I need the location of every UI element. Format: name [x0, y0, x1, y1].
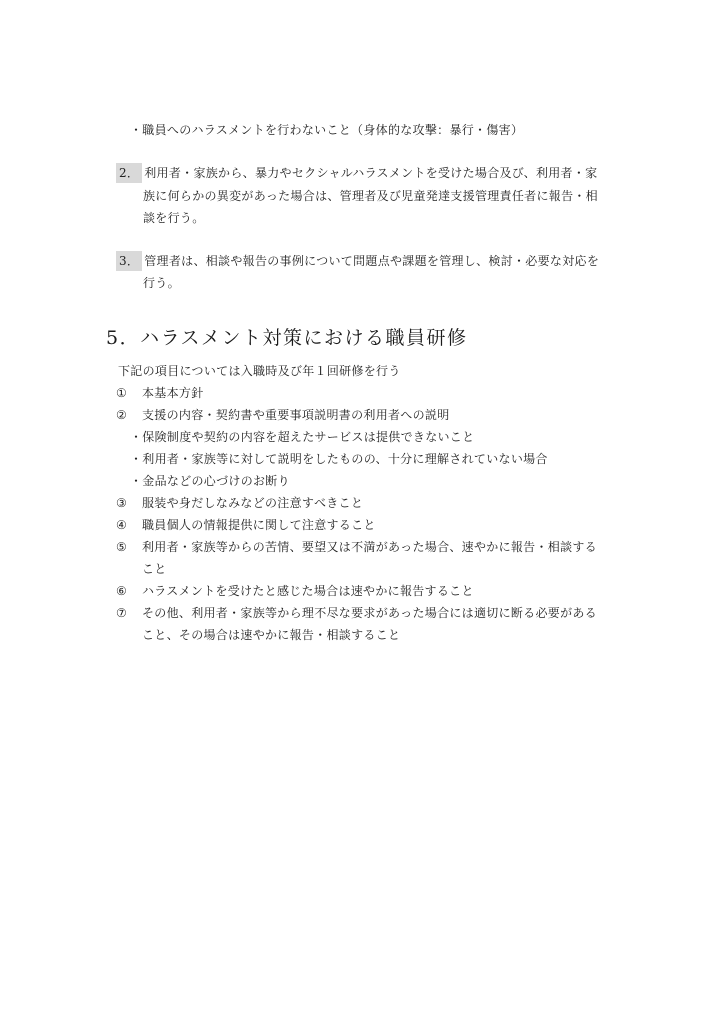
item-text: 職員個人の情報提供に関して注意すること	[142, 518, 376, 532]
training-item-2-bullet-3: ・金品などの心づけのお断り	[130, 471, 290, 491]
item-text: 利用者・家族等からの苦情、要望又は不満があった場合、速やかに報告・相談する	[142, 540, 597, 554]
item-marker: ④	[116, 515, 142, 535]
item-marker: ⑦	[116, 603, 142, 623]
item-text: 支援の内容・契約書や重要事項説明書の利用者への説明	[142, 408, 450, 422]
training-item-3: ③服装や身だしなみなどの注意すべきこと	[116, 493, 363, 513]
training-item-6: ⑥ハラスメントを受けたと感じた場合は速やかに報告すること	[116, 581, 474, 601]
training-item-7-cont: こと、その場合は速やかに報告・相談すること	[142, 625, 400, 645]
item3-number: 3．	[116, 251, 142, 271]
item3-line1: 3．管理者は、相談や報告の事例について問題点や課題を管理し、検討・必要な対応を	[116, 251, 599, 271]
item-text: 本基本方針	[142, 386, 204, 400]
bullet-no-harassment: ・職員へのハラスメントを行わないこと（身体的な攻撃：暴行・傷害）	[130, 120, 523, 140]
training-item-5: ⑤利用者・家族等からの苦情、要望又は不満があった場合、速やかに報告・相談する	[116, 537, 597, 557]
item3-text-1: 管理者は、相談や報告の事例について問題点や課題を管理し、検討・必要な対応を	[144, 254, 599, 268]
item-marker: ①	[116, 383, 142, 403]
training-item-1: ①本基本方針	[116, 383, 204, 403]
training-item-2-bullet-1: ・保険制度や契約の内容を超えたサービスは提供できないこと	[130, 427, 474, 447]
item-marker: ③	[116, 493, 142, 513]
training-item-7: ⑦その他、利用者・家族等から理不尽な要求があった場合には適切に断る必要がある	[116, 603, 597, 623]
item2-number: 2．	[116, 163, 142, 183]
item2-text-2: 族に何らかの異変があった場合は、管理者及び児童発達支援管理責任者に報告・相	[143, 186, 598, 206]
item-text: 服装や身だしなみなどの注意すべきこと	[142, 496, 363, 510]
item-marker: ⑥	[116, 581, 142, 601]
training-item-5-cont: こと	[142, 559, 167, 579]
item3-text-2: 行う。	[143, 273, 180, 293]
item2-text-3: 談を行う。	[143, 208, 205, 228]
item-text: その他、利用者・家族等から理不尽な要求があった場合には適切に断る必要がある	[142, 606, 597, 620]
document-page: ・職員へのハラスメントを行わないこと（身体的な攻撃：暴行・傷害） 2．利用者・家…	[0, 0, 723, 1024]
item-marker: ②	[116, 405, 142, 425]
training-item-2: ②支援の内容・契約書や重要事項説明書の利用者への説明	[116, 405, 450, 425]
item2-line1: 2．利用者・家族から、暴力やセクシャルハラスメントを受けた場合及び、利用者・家	[116, 163, 597, 183]
training-item-4: ④職員個人の情報提供に関して注意すること	[116, 515, 376, 535]
section5-heading: 5．ハラスメント対策における職員研修	[106, 325, 468, 351]
section5-intro: 下記の項目については入職時及び年１回研修を行う	[118, 361, 401, 381]
item2-text-1: 利用者・家族から、暴力やセクシャルハラスメントを受けた場合及び、利用者・家	[144, 166, 597, 180]
training-item-2-bullet-2: ・利用者・家族等に対して説明をしたものの、十分に理解されていない場合	[130, 449, 548, 469]
item-marker: ⑤	[116, 537, 142, 557]
item-text: ハラスメントを受けたと感じた場合は速やかに報告すること	[142, 584, 474, 598]
